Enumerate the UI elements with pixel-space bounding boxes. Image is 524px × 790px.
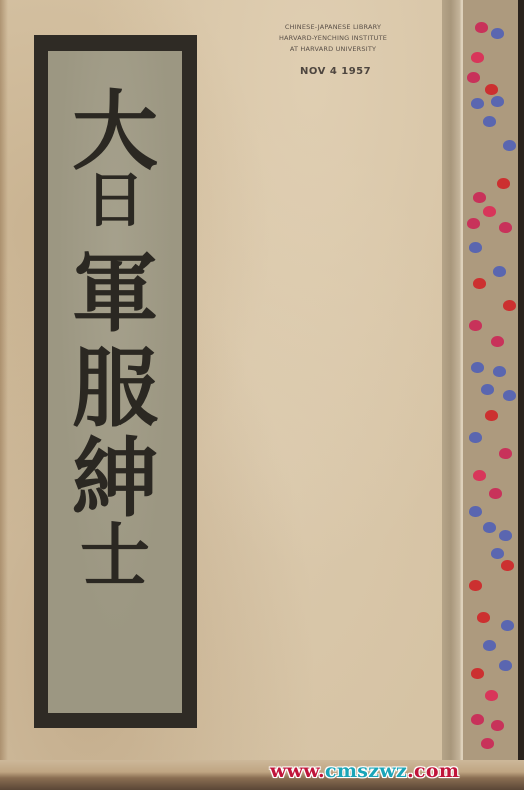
petal-icon xyxy=(469,432,482,443)
petal-icon xyxy=(471,668,484,679)
watermark-suffix: .com xyxy=(407,760,459,782)
calligraphy-char-3: 軍 xyxy=(48,251,182,337)
petal-icon xyxy=(485,690,498,701)
petal-icon xyxy=(467,218,480,229)
petal-icon xyxy=(503,300,516,311)
petal-icon xyxy=(503,390,516,401)
petal-icon xyxy=(499,448,512,459)
petal-icon xyxy=(499,660,512,671)
petal-icon xyxy=(469,580,482,591)
calligraphy-char-1: 大 xyxy=(48,89,182,175)
petal-icon xyxy=(483,116,496,127)
calligraphy-char-5: 紳 xyxy=(48,436,182,522)
calligraphy-char-4: 服 xyxy=(48,346,182,432)
petal-icon xyxy=(503,140,516,151)
petal-icon xyxy=(473,278,486,289)
cover-hinge xyxy=(442,0,464,778)
petal-icon xyxy=(489,488,502,499)
petal-icon xyxy=(493,266,506,277)
stamp-line-1: CHINESE-JAPANESE LIBRARY xyxy=(268,22,398,33)
petal-icon xyxy=(499,222,512,233)
petal-icon xyxy=(471,98,484,109)
title-label-panel: 大 日 軍 服 紳 士 xyxy=(48,51,182,713)
watermark-prefix: www. xyxy=(270,760,325,782)
petal-icon xyxy=(501,560,514,571)
petal-icon xyxy=(499,530,512,541)
petal-icon xyxy=(497,178,510,189)
stamp-line-3: AT HARVARD UNIVERSITY xyxy=(268,44,398,55)
floral-spine xyxy=(463,0,519,770)
site-watermark: www.cmszwz.com xyxy=(270,760,459,782)
petal-icon xyxy=(483,640,496,651)
petal-icon xyxy=(501,620,514,631)
petal-icon xyxy=(475,22,488,33)
petal-icon xyxy=(481,384,494,395)
petal-icon xyxy=(491,548,504,559)
petal-icon xyxy=(483,522,496,533)
calligraphy-char-6: 士 xyxy=(48,521,182,591)
calligraphy-char-2: 日 xyxy=(48,171,182,231)
book-cover: 大 日 軍 服 紳 士 CHINESE-JAPANESE LIBRARY HAR… xyxy=(0,0,444,778)
petal-icon xyxy=(493,366,506,377)
petal-icon xyxy=(467,72,480,83)
petal-icon xyxy=(471,52,484,63)
petal-icon xyxy=(469,506,482,517)
stamp-date: NOV 4 1957 xyxy=(300,66,371,77)
petal-icon xyxy=(485,410,498,421)
spine-shadow-edge xyxy=(518,0,524,790)
petal-icon xyxy=(473,470,486,481)
petal-icon xyxy=(485,84,498,95)
stamp-line-2: HARVARD-YENCHING INSTITUTE xyxy=(268,33,398,44)
petal-icon xyxy=(473,192,486,203)
petal-icon xyxy=(471,714,484,725)
petal-icon xyxy=(471,362,484,373)
petal-icon xyxy=(477,612,490,623)
library-stamp: CHINESE-JAPANESE LIBRARY HARVARD-YENCHIN… xyxy=(268,22,398,55)
petal-icon xyxy=(469,242,482,253)
petal-icon xyxy=(469,320,482,331)
watermark-domain: cmszwz xyxy=(325,760,407,782)
petal-icon xyxy=(491,28,504,39)
petal-icon xyxy=(491,720,504,731)
title-label: 大 日 軍 服 紳 士 xyxy=(34,35,197,728)
cover-left-edge xyxy=(0,0,8,778)
petal-icon xyxy=(491,96,504,107)
petal-icon xyxy=(481,738,494,749)
petal-icon xyxy=(483,206,496,217)
petal-icon xyxy=(491,336,504,347)
